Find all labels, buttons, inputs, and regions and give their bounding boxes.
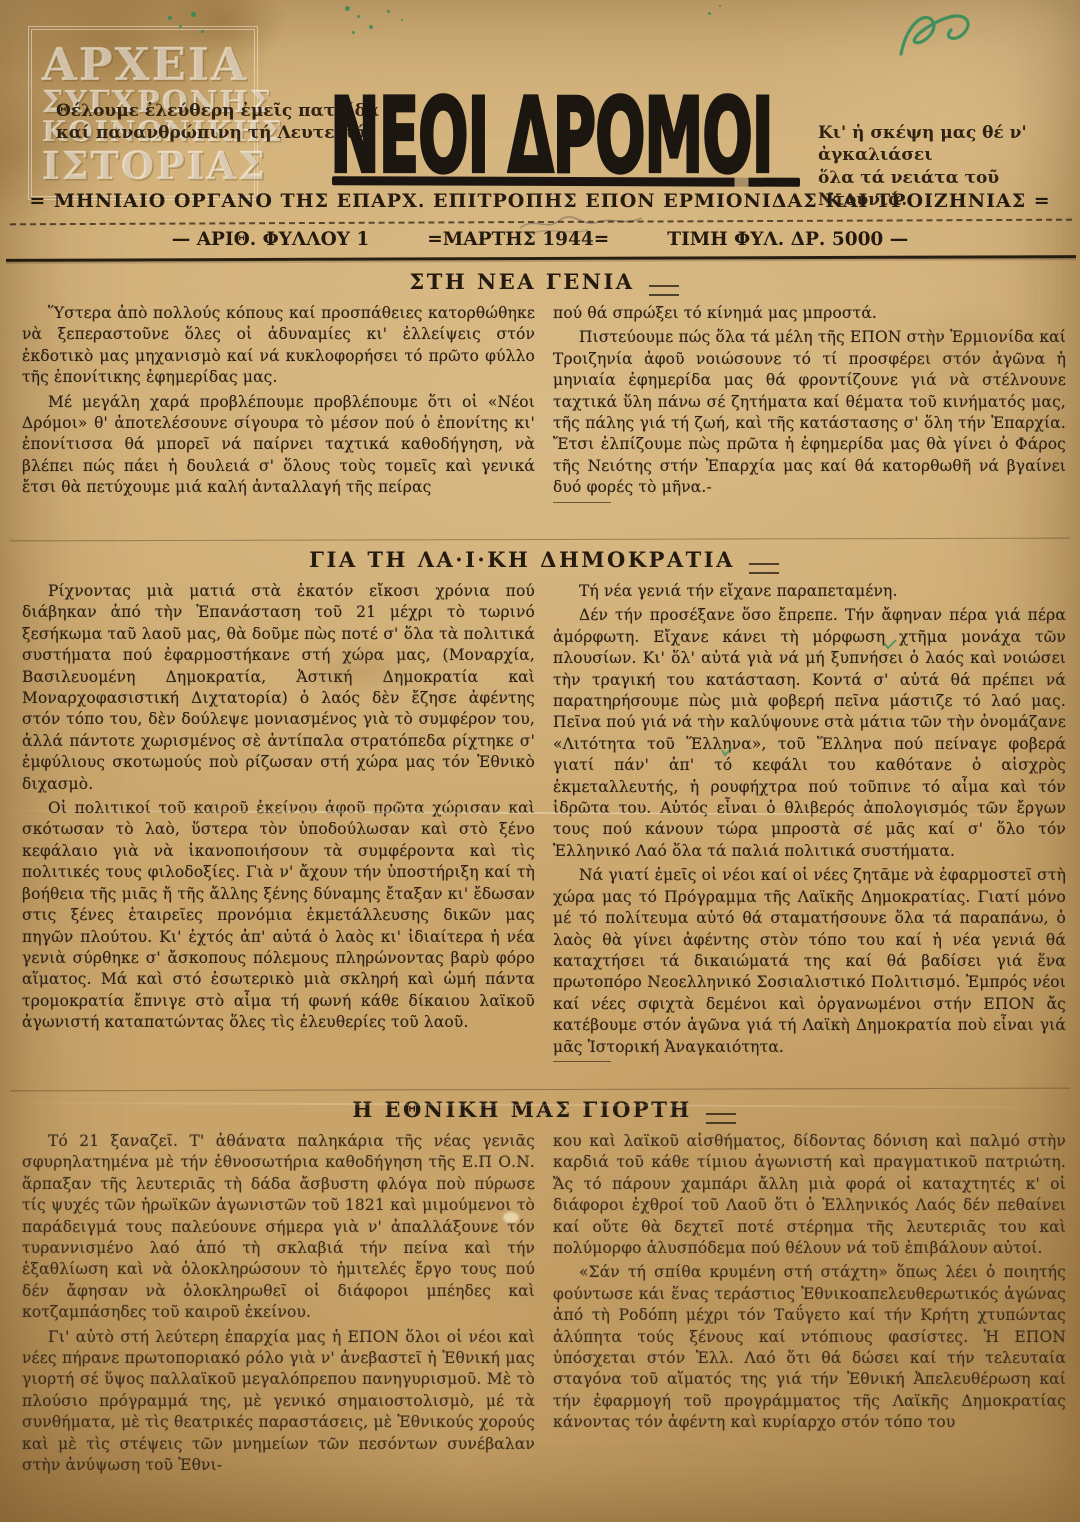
article-title-text: ΓΙΑ ΤΗ ΛΑ·Ι·ΚΗ ΔΗΜΟΚΡΑΤΙΑ: [309, 547, 735, 572]
solid-rule: [6, 255, 1076, 262]
paragraph: Δέν τήν προσέξανε ὅσο ἔπρεπε. Τήν ἄφηναν…: [553, 605, 1066, 862]
newspaper-title: ΝΕΟΙ ΔΡΟΜΟΙ: [330, 84, 652, 188]
column-left: Ρίχνοντας μιὰ ματιά στὰ ἑκατόν εἴκοσι χρ…: [22, 581, 535, 1081]
paragraph: Τό 21 ξαναζεῖ. Τ' ἀθάνατα παληκάρια τῆς …: [22, 1131, 535, 1324]
article-title: Η ΕΘΝΙΚΗ ΜΑΣ ΓΙΟΡΤΗ: [22, 1097, 1066, 1124]
column-right: κου καὶ λαϊκοῦ αἰσθήματος, δίδοντας δόνι…: [553, 1131, 1066, 1480]
article-divider: [10, 538, 1070, 542]
title-rule-mark: [749, 563, 779, 574]
article-title-text: ΣΤΗ ΝΕΑ ΓΕΝΙΑ: [409, 269, 634, 294]
paragraph: Νά γιατί ἐμεῖς οἱ νέοι καί οἱ νέες ζητᾶμ…: [553, 865, 1066, 1058]
issue-date: =ΜΑΡΤΗΣ 1944=: [427, 229, 609, 250]
newspaper-scan-page: ΑΡΧΕΙΑ ΣΥΓΧΡΟΝΗΣ ΚΟΙΝΩΝΙΚΗΣ ΙΣΤΟΡΙΑΣ: [0, 0, 1080, 1522]
article-title: ΣΤΗ ΝΕΑ ΓΕΝΙΑ: [22, 269, 1066, 296]
title-rule-mark: [706, 1113, 736, 1124]
paragraph: Ρίχνοντας μιὰ ματιά στὰ ἑκατόν εἴκοσι χρ…: [22, 581, 535, 795]
article-columns: Ρίχνοντας μιὰ ματιά στὰ ἑκατόν εἴκοσι χρ…: [22, 581, 1066, 1081]
newspaper-title-block: ΝΕΟΙ ΔΡΟΜΟΙ: [330, 84, 850, 180]
article-title: ΓΙΑ ΤΗ ΛΑ·Ι·ΚΗ ΔΗΜΟΚΡΑΤΙΑ: [22, 547, 1066, 574]
green-tick: [720, 746, 734, 757]
title-rule-mark: [649, 285, 679, 296]
paragraph: «Σάν τή σπίθα κρυμένη στή στάχτη» ὅπως λ…: [553, 1262, 1066, 1433]
column-left: Τό 21 ξαναζεῖ. Τ' ἀθάνατα παληκάρια τῆς …: [22, 1131, 535, 1480]
paragraph: Τή νέα γενιά τήν εἴχανε παραπεταμένη.: [553, 581, 1066, 602]
paragraph: Μέ μεγάλη χαρά προβλέπουμε προβλέπουμε ὅ…: [22, 392, 535, 499]
masthead: Θέλουμε ἐλεύθερη ἐμεῖς πατρίδα καί παναν…: [0, 0, 1080, 262]
subtitle: = ΜΗΝΙΑΙΟ ΟΡΓΑΝΟ ΤΗΣ ΕΠΑΡΧ. ΕΠΙΤΡΟΠΗΣ ΕΠ…: [0, 190, 1080, 212]
article-columns: Τό 21 ξαναζεῖ. Τ' ἀθάνατα παληκάρια τῆς …: [22, 1131, 1066, 1480]
issue-price: ΤΙΜΗ ΦΥΛ. ΔΡ. 5000 —: [667, 229, 908, 250]
title-underline: [332, 176, 800, 187]
issue-line: — ΑΡΙΘ. ΦΥΛΛΟΥ 1 =ΜΑΡΤΗΣ 1944= ΤΙΜΗ ΦΥΛ.…: [0, 229, 1080, 250]
article-columns: Ὕστερα ἀπὸ πολλούς κόπους καί προσπάθειε…: [22, 303, 1066, 531]
article-title-text: Η ΕΘΝΙΚΗ ΜΑΣ ΓΙΟΡΤΗ: [352, 1097, 691, 1122]
paragraph: Οἱ πολιτικοί τοῦ καιροῦ ἐκείνου ἀφοῦ πρῶ…: [22, 798, 535, 1033]
issue-number: — ΑΡΙΘ. ΦΥΛΛΟΥ 1: [172, 229, 370, 250]
article-divider: [10, 1088, 1070, 1092]
green-tick: [882, 638, 898, 650]
slogan-right-line-1: Κι' ἡ σκέψη μας θέ ν' ἀγκαλιάσει: [818, 122, 1070, 167]
paragraph: κου καὶ λαϊκοῦ αἰσθήματος, δίδοντας δόνι…: [553, 1131, 1066, 1259]
column-right: πού θά σπρώξει τό κίνημά μας μπροστά.Πισ…: [553, 303, 1066, 531]
correction-blob: [503, 1212, 519, 1223]
article-ethniki-giorti: Η ΕΘΝΙΚΗ ΜΑΣ ΓΙΟΡΤΗ Τό 21 ξαναζεῖ. Τ' ἀθ…: [0, 1097, 1080, 1480]
column-left: Ὕστερα ἀπὸ πολλούς κόπους καί προσπάθειε…: [22, 303, 535, 531]
paragraph: Ὕστερα ἀπὸ πολλούς κόπους καί προσπάθειε…: [22, 303, 535, 389]
article-sti-nea-genia: ΣΤΗ ΝΕΑ ΓΕΝΙΑ Ὕστερα ἀπὸ πολλούς κόπους …: [0, 269, 1080, 531]
paragraph: Γι' αὐτὸ στή λεύτερη ἐπαρχία μας ἡ ΕΠΟΝ …: [22, 1327, 535, 1477]
dashed-rule: [10, 219, 1072, 226]
column-right: Τή νέα γενιά τήν εἴχανε παραπεταμένη.Δέν…: [553, 581, 1066, 1081]
paragraph: πού θά σπρώξει τό κίνημά μας μπροστά.: [553, 303, 1066, 324]
paragraph: Πιστεύουμε πώς ὅλα τά μέλη τῆς ΕΠΟΝ στὴν…: [553, 327, 1066, 498]
